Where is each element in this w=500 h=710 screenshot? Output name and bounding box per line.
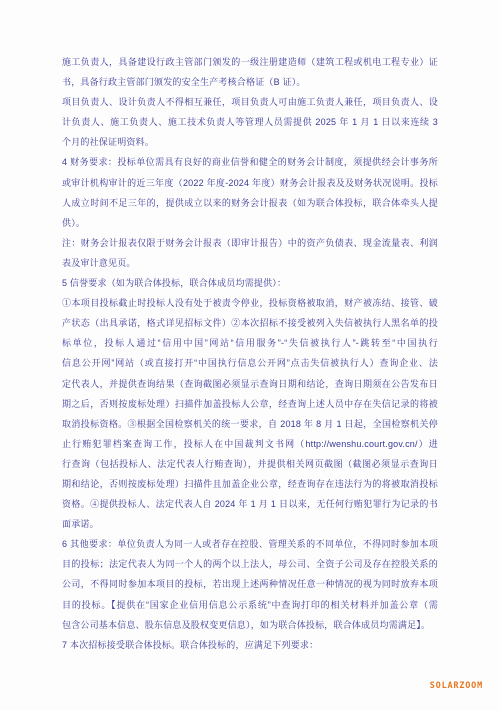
- document-line: 供）。: [62, 213, 438, 233]
- document-line: 公司，不得同时参加本项目的投标，若出现上述两种情况任意一种情况的视为同时放弃本项: [62, 574, 438, 594]
- document-line: 取消投标资格。③根据全国检察机关的统一要求，自 2018 年 8 月 1 日起，…: [62, 414, 438, 434]
- document-line: 目的投标。【提供在“国家企业信用信息公示系统”中查询打印的相关材料并加盖公章（需: [62, 595, 438, 615]
- document-line: 个月的社保证明资料。: [62, 132, 438, 152]
- document-line: 4 财务要求：投标单位需具有良好的商业信誉和健全的财务会计制度，须提供经会计事务…: [62, 152, 438, 172]
- document-line: 计负责人、施工负责人、施工技术负责人等管理人员需提供 2025 年 1 月 1 …: [62, 112, 438, 132]
- document-line: ①本项目投标截止时投标人没有处于被责令停业，投标资格被取消，财产被冻结、接管、破: [62, 293, 438, 313]
- document-line: 期之后，否则按废标处理）扫描件加盖投标人公章，经查询上述人员中存在失信记录的将被: [62, 394, 438, 414]
- document-line: 施工负责人，具备建设行政主管部门颁发的一级注册建造师（建筑工程或机电工程专业）证: [62, 52, 438, 72]
- solarzoom-watermark: SOLARZOOM: [430, 681, 483, 691]
- document-line: 标单位，投标人通过“信用中国”网站“信用服务”-“失信被执行人”-跳转至“中国执…: [62, 333, 438, 353]
- document-line: 行查询（包括投标人、法定代表人行贿查询），并提供相关网页截图（截图必须显示查询日: [62, 454, 438, 474]
- document-line: 目的投标；法定代表人为同一个人的两个以上法人，母公司、全资子公司及存在控股关系的: [62, 554, 438, 574]
- document-body: 施工负责人，具备建设行政主管部门颁发的一级注册建造师（建筑工程或机电工程专业）证…: [62, 52, 438, 655]
- document-line: 期和结论，否则按废标处理）扫描件且加盖企业公章，经查询存在违法行为的将被取消投标: [62, 474, 438, 494]
- document-line: 注：财务会计报表仅限于财务会计报表（即审计报告）中的资产负债表、现金流量表、利润: [62, 233, 438, 253]
- document-line: 书，具备行政主管部门颁发的安全生产考核合格证（B 证）。: [62, 72, 438, 92]
- document-line: 7 本次招标接受联合体投标。联合体投标的，应满足下列要求：: [62, 635, 438, 655]
- document-line: 项目负责人、设计负责人不得相互兼任，项目负责人可由施工负责人兼任，项目负责人、设: [62, 92, 438, 112]
- document-line: 6 其他要求：单位负责人为同一人或者存在控股、管理关系的不同单位，不得同时参加本…: [62, 534, 438, 554]
- document-line: 资格。④提供投标人、法定代表人自 2024 年 1 月 1 日以来，无任何行贿犯…: [62, 494, 438, 514]
- document-line: 面承诺。: [62, 514, 438, 534]
- document-line: 产状态（出具承诺，格式详见招标文件）②本次招标不接受被列入失信被执行人黑名单的投: [62, 313, 438, 333]
- document-line: 包含公司基本信息、股东信息及股权变更信息），如为联合体投标，联合体成员均需满足】…: [62, 615, 438, 635]
- document-line: 定代表人，并提供查询结果（查询截图必须显示查询日期和结论，查询日期须在公告发布日: [62, 374, 438, 394]
- document-line: 止行贿犯罪档案查询工作，投标人在中国裁判文书网（http://wenshu.co…: [62, 434, 438, 454]
- document-line: 人成立时间不足三年的，提供成立以来的财务会计报表（如为联合体投标，联合体牵头人提: [62, 193, 438, 213]
- document-page: 施工负责人，具备建设行政主管部门颁发的一级注册建造师（建筑工程或机电工程专业）证…: [0, 0, 500, 710]
- document-line: 表及审计意见页。: [62, 253, 438, 273]
- document-line: 或审计机构审计的近三年度（2022 年度-2024 年度）财务会计报表及及财务状…: [62, 173, 438, 193]
- document-line: 5 信誉要求（如为联合体投标，联合体成员均需提供）：: [62, 273, 438, 293]
- document-line: 信息公开网”网站（或直接打开“中国执行信息公开网”点击失信被执行人）查询企业、法: [62, 353, 438, 373]
